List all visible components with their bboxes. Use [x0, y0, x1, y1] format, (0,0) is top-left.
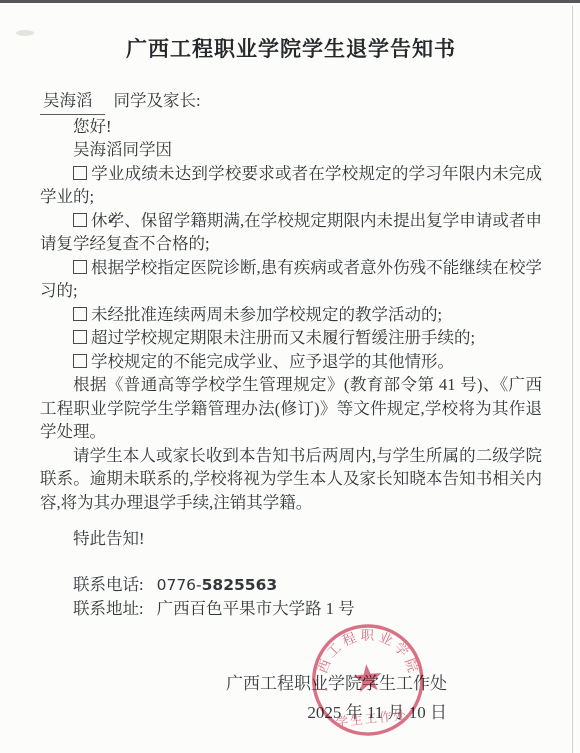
document-page: 广西工程职业学院学生退学告知书 吴海滔同学及家长: 您好! 吴海滔同学因 学业成…: [0, 0, 580, 753]
salutation-suffix: 同学及家长:: [114, 91, 201, 110]
reason-item: 未经批准连续两周未参加学校规定的教学活动的;: [40, 303, 542, 327]
reason-checkbox-5: [73, 330, 87, 344]
reason-item: 超过学校规定期限未注册而又未履行暂缓注册手续的;: [40, 326, 542, 350]
contact-block: 联系电话:0776-5825563 联系地址:广西百色平果市大学路 1 号: [40, 573, 542, 621]
document-content: 广西工程职业学院学生退学告知书 吴海滔同学及家长: 您好! 吴海滔同学因 学业成…: [0, 0, 580, 727]
reason-checkbox-4: [73, 307, 87, 321]
phone-label: 联系电话:: [73, 575, 144, 594]
address-label: 联系地址:: [73, 599, 144, 618]
intro-line: 吴海滔同学因: [40, 138, 542, 162]
reason-item: 休学、保留学籍期满,在学校规定期限内未提出复学申请或者申请复学经复查不合格的;: [40, 209, 542, 256]
signature-department: 广西工程职业学院学生工作处: [40, 669, 447, 698]
reason-checkbox-1: [73, 166, 87, 180]
closing-line: 特此告知!: [40, 527, 542, 551]
reason-text: 学业成绩未达到学校要求或者在学校规定的学习年限内未完成学业的;: [40, 164, 542, 207]
page-title: 广西工程职业学院学生退学告知书: [40, 33, 542, 63]
reason-text: 学校规定的不能完成学业、应予退学的其他情形。: [91, 352, 454, 371]
reason-item: 学校规定的不能完成学业、应予退学的其他情形。: [40, 350, 542, 374]
reason-item: 根据学校指定医院诊断,患有疾病或者意外伤残不能继续在校学习的;: [40, 256, 542, 303]
reason-text: 根据学校指定医院诊断,患有疾病或者意外伤残不能继续在校学习的;: [40, 258, 542, 301]
reason-text: 未经批准连续两周未参加学校规定的教学活动的;: [91, 305, 442, 324]
reason-item: 学业成绩未达到学校要求或者在学校规定的学习年限内未完成学业的;: [40, 162, 542, 209]
signature-block: 广西工程职业学院学生工作处 2025 年 11 月 10 日: [40, 669, 447, 727]
student-name: 吴海滔: [40, 89, 105, 115]
phone-prefix: 0776-: [157, 576, 202, 594]
contact-address-line: 联系地址:广西百色平果市大学路 1 号: [40, 597, 542, 621]
regulation-paragraph: 根据《普通高等学校学生管理规定》(教育部令第 41 号)、《广西工程职业学院学生…: [40, 373, 542, 444]
greeting-line: 您好!: [40, 115, 542, 139]
contact-phone-line: 联系电话:0776-5825563: [40, 573, 542, 597]
reason-checkbox-3: [73, 260, 87, 274]
notice-paragraph: 请学生本人或家长收到本告知书后两周内,与学生所属的二级学院联系。逾期未联系的,学…: [40, 444, 542, 515]
reason-text: 超过学校规定期限未注册而又未履行暂缓注册手续的;: [91, 328, 475, 347]
reason-checkbox-2-checked: [73, 213, 87, 227]
phone-main: 5825563: [202, 576, 278, 594]
reason-checkbox-6: [73, 354, 87, 368]
phone-number: 0776-5825563: [157, 576, 278, 594]
address-value: 广西百色平果市大学路 1 号: [157, 599, 355, 618]
salutation-line: 吴海滔同学及家长:: [40, 89, 542, 115]
signature-date: 2025 年 11 月 10 日: [40, 698, 447, 727]
